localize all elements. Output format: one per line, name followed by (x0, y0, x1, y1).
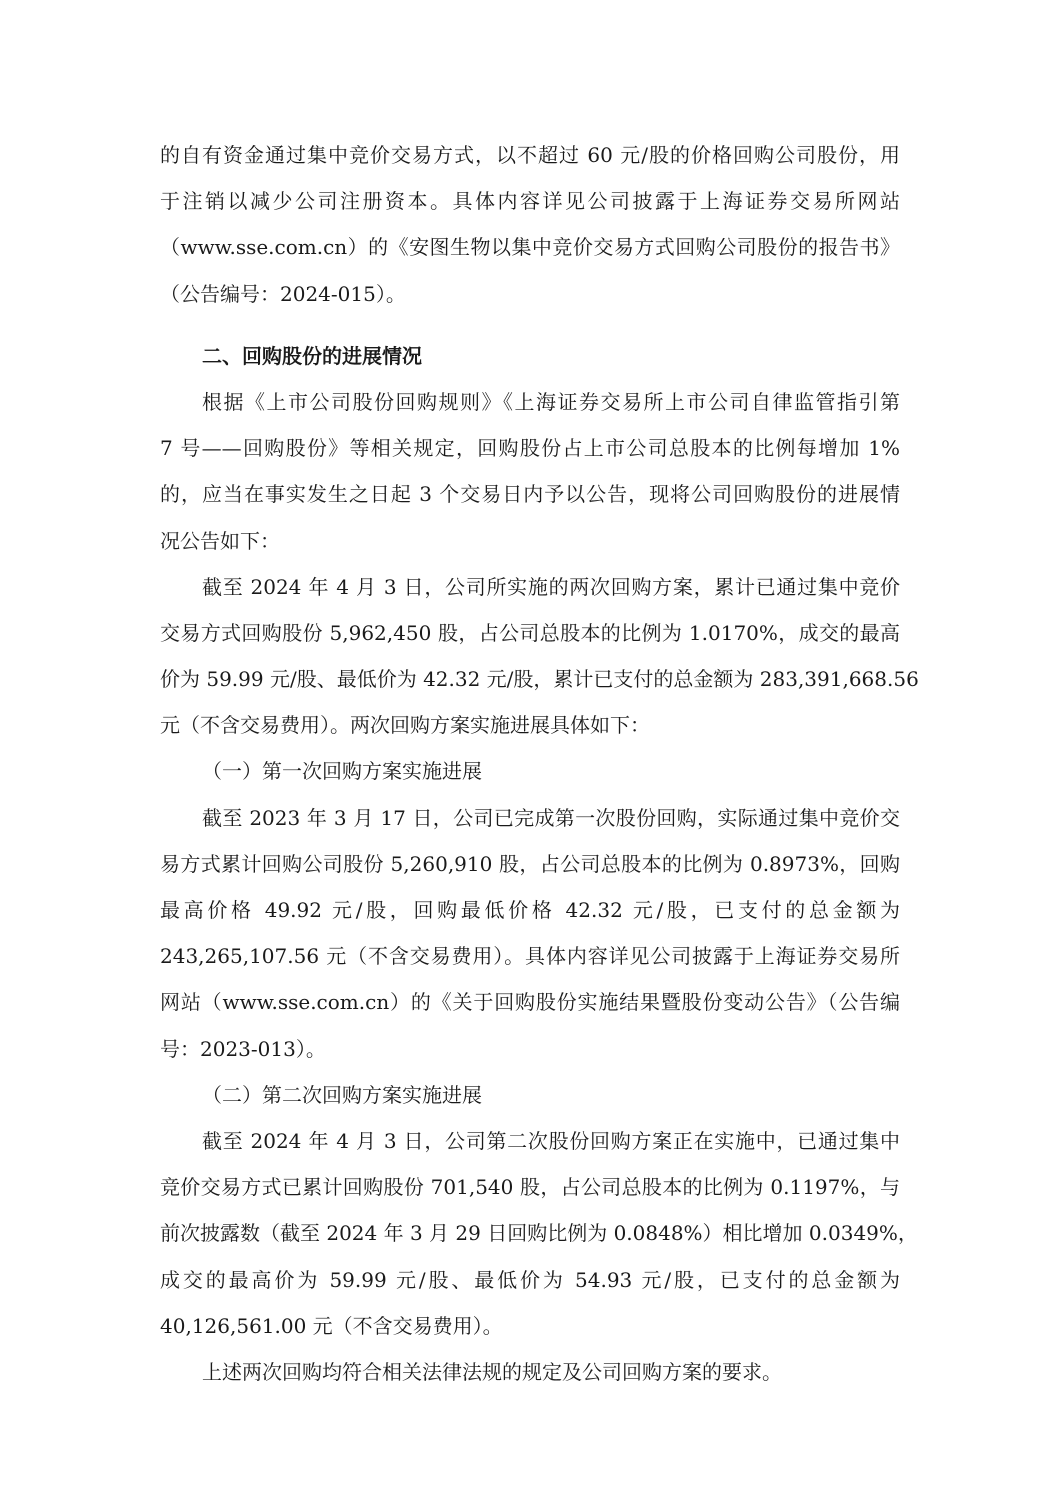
text-line: 最高价格 49.92 元/股，回购最低价格 42.32 元/股，已支付的总金额为 (160, 887, 900, 933)
text-line: 价为 59.99 元/股、最低价为 42.32 元/股，累计已支付的总金额为 2… (160, 656, 900, 702)
subsection-2-paragraph: 截至 2024 年 4 月 3 日，公司第二次股份回购方案正在实施中，已通过集中… (160, 1118, 900, 1349)
text-line: 截至 2024 年 4 月 3 日，公司第二次股份回购方案正在实施中，已通过集中 (160, 1118, 900, 1164)
conclusion-paragraph: 上述两次回购均符合相关法律法规的规定及公司回购方案的要求。 (160, 1349, 900, 1395)
rules-paragraph: 根据《上市公司股份回购规则》《上海证券交易所上市公司自律监管指引第 7 号——回… (160, 379, 900, 564)
text-line: 号：2023-013）。 (160, 1026, 900, 1072)
summary-paragraph: 截至 2024 年 4 月 3 日，公司所实施的两次回购方案，累计已通过集中竞价… (160, 564, 900, 749)
text-line: 成交的最高价为 59.99 元/股、最低价为 54.93 元/股，已支付的总金额… (160, 1257, 900, 1303)
text-line: 网站（www.sse.com.cn）的《关于回购股份实施结果暨股份变动公告》（公… (160, 979, 900, 1025)
subsection-1-paragraph: 截至 2023 年 3 月 17 日，公司已完成第一次股份回购，实际通过集中竞价… (160, 795, 900, 1072)
text-line: 元（不含交易费用）。两次回购方案实施进展具体如下： (160, 702, 900, 748)
text-line: 40,126,561.00 元（不含交易费用）。 (160, 1303, 900, 1349)
text-line: 截至 2023 年 3 月 17 日，公司已完成第一次股份回购，实际通过集中竞价… (160, 795, 900, 841)
text-line: 的，应当在事实发生之日起 3 个交易日内予以公告，现将公司回购股份的进展情 (160, 471, 900, 517)
text-line: 截至 2024 年 4 月 3 日，公司所实施的两次回购方案，累计已通过集中竞价 (160, 564, 900, 610)
text-line: 于注销以减少公司注册资本。具体内容详见公司披露于上海证券交易所网站 (160, 178, 900, 224)
text-line: （公告编号：2024-015）。 (160, 271, 900, 317)
intro-paragraph: 的自有资金通过集中竞价交易方式，以不超过 60 元/股的价格回购公司股份，用 于… (160, 132, 900, 317)
text-line: 易方式累计回购公司股份 5,260,910 股，占公司总股本的比例为 0.897… (160, 841, 900, 887)
text-line: 况公告如下： (160, 518, 900, 564)
document-page: 的自有资金通过集中竞价交易方式，以不超过 60 元/股的价格回购公司股份，用 于… (160, 132, 900, 1395)
text-line: （www.sse.com.cn）的《安图生物以集中竞价交易方式回购公司股份的报告… (160, 224, 900, 270)
subsection-heading-2: （二）第二次回购方案实施进展 (160, 1072, 900, 1118)
text-line: 交易方式回购股份 5,962,450 股，占公司总股本的比例为 1.0170%，… (160, 610, 900, 656)
subsection-heading-1: （一）第一次回购方案实施进展 (160, 748, 900, 794)
text-line: 的自有资金通过集中竞价交易方式，以不超过 60 元/股的价格回购公司股份，用 (160, 132, 900, 178)
section-heading: 二、回购股份的进展情况 (160, 333, 900, 379)
text-line: 7 号——回购股份》等相关规定，回购股份占上市公司总股本的比例每增加 1% (160, 425, 900, 471)
text-line: 竞价交易方式已累计回购股份 701,540 股，占公司总股本的比例为 0.119… (160, 1164, 900, 1210)
text-line: 根据《上市公司股份回购规则》《上海证券交易所上市公司自律监管指引第 (160, 379, 900, 425)
text-line: 前次披露数（截至 2024 年 3 月 29 日回购比例为 0.0848%）相比… (160, 1210, 900, 1256)
text-line: 243,265,107.56 元（不含交易费用）。具体内容详见公司披露于上海证券… (160, 933, 900, 979)
